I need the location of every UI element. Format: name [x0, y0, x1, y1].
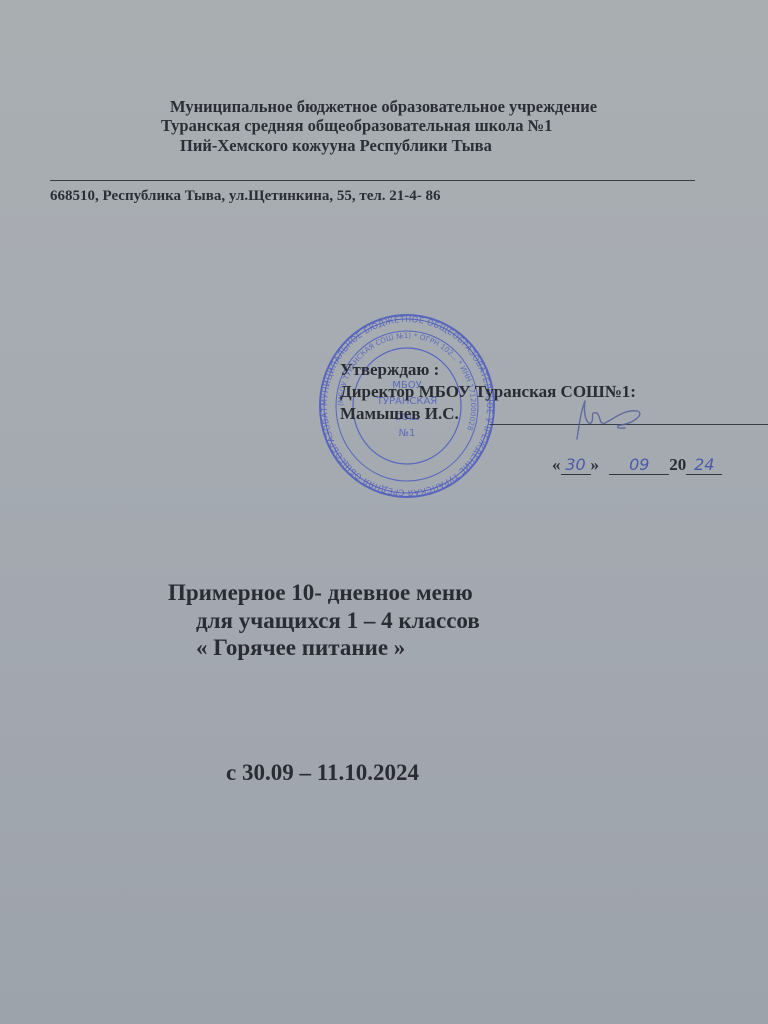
approval-date: «30» 092024 [552, 455, 722, 475]
signature-icon [555, 395, 655, 445]
date-month: 09 [609, 455, 669, 475]
header-line-3: Пий-Хемского кожууна Республики Тыва [180, 136, 492, 156]
header-line-2: Туранская средняя общеобразовательная шк… [161, 116, 552, 136]
title-line-2: для учащихся 1 – 4 классов [196, 608, 480, 634]
date-day: 30 [561, 455, 591, 475]
title-line-3: « Горячее питание » [196, 635, 405, 661]
date-close-quote: » [591, 455, 600, 474]
title-line-1: Примерное 10- дневное меню [168, 580, 473, 606]
header-line-1: Муниципальное бюджетное образовательное … [170, 97, 597, 117]
approval-name: Мамышев И.С. [340, 404, 459, 424]
date-open-quote: « [552, 455, 561, 474]
date-year-suffix: 24 [686, 455, 722, 475]
header-divider [50, 180, 695, 181]
title-period: с 30.09 – 11.10.2024 [226, 760, 419, 786]
address-line: 668510, Республика Тыва, ул.Щетинкина, 5… [50, 188, 441, 205]
date-year-prefix: 20 [669, 455, 686, 474]
document-page: Муниципальное бюджетное образовательное … [0, 0, 768, 1024]
approval-label: Утверждаю : [340, 360, 439, 380]
stamp-center-line-4: №1 [399, 428, 416, 439]
